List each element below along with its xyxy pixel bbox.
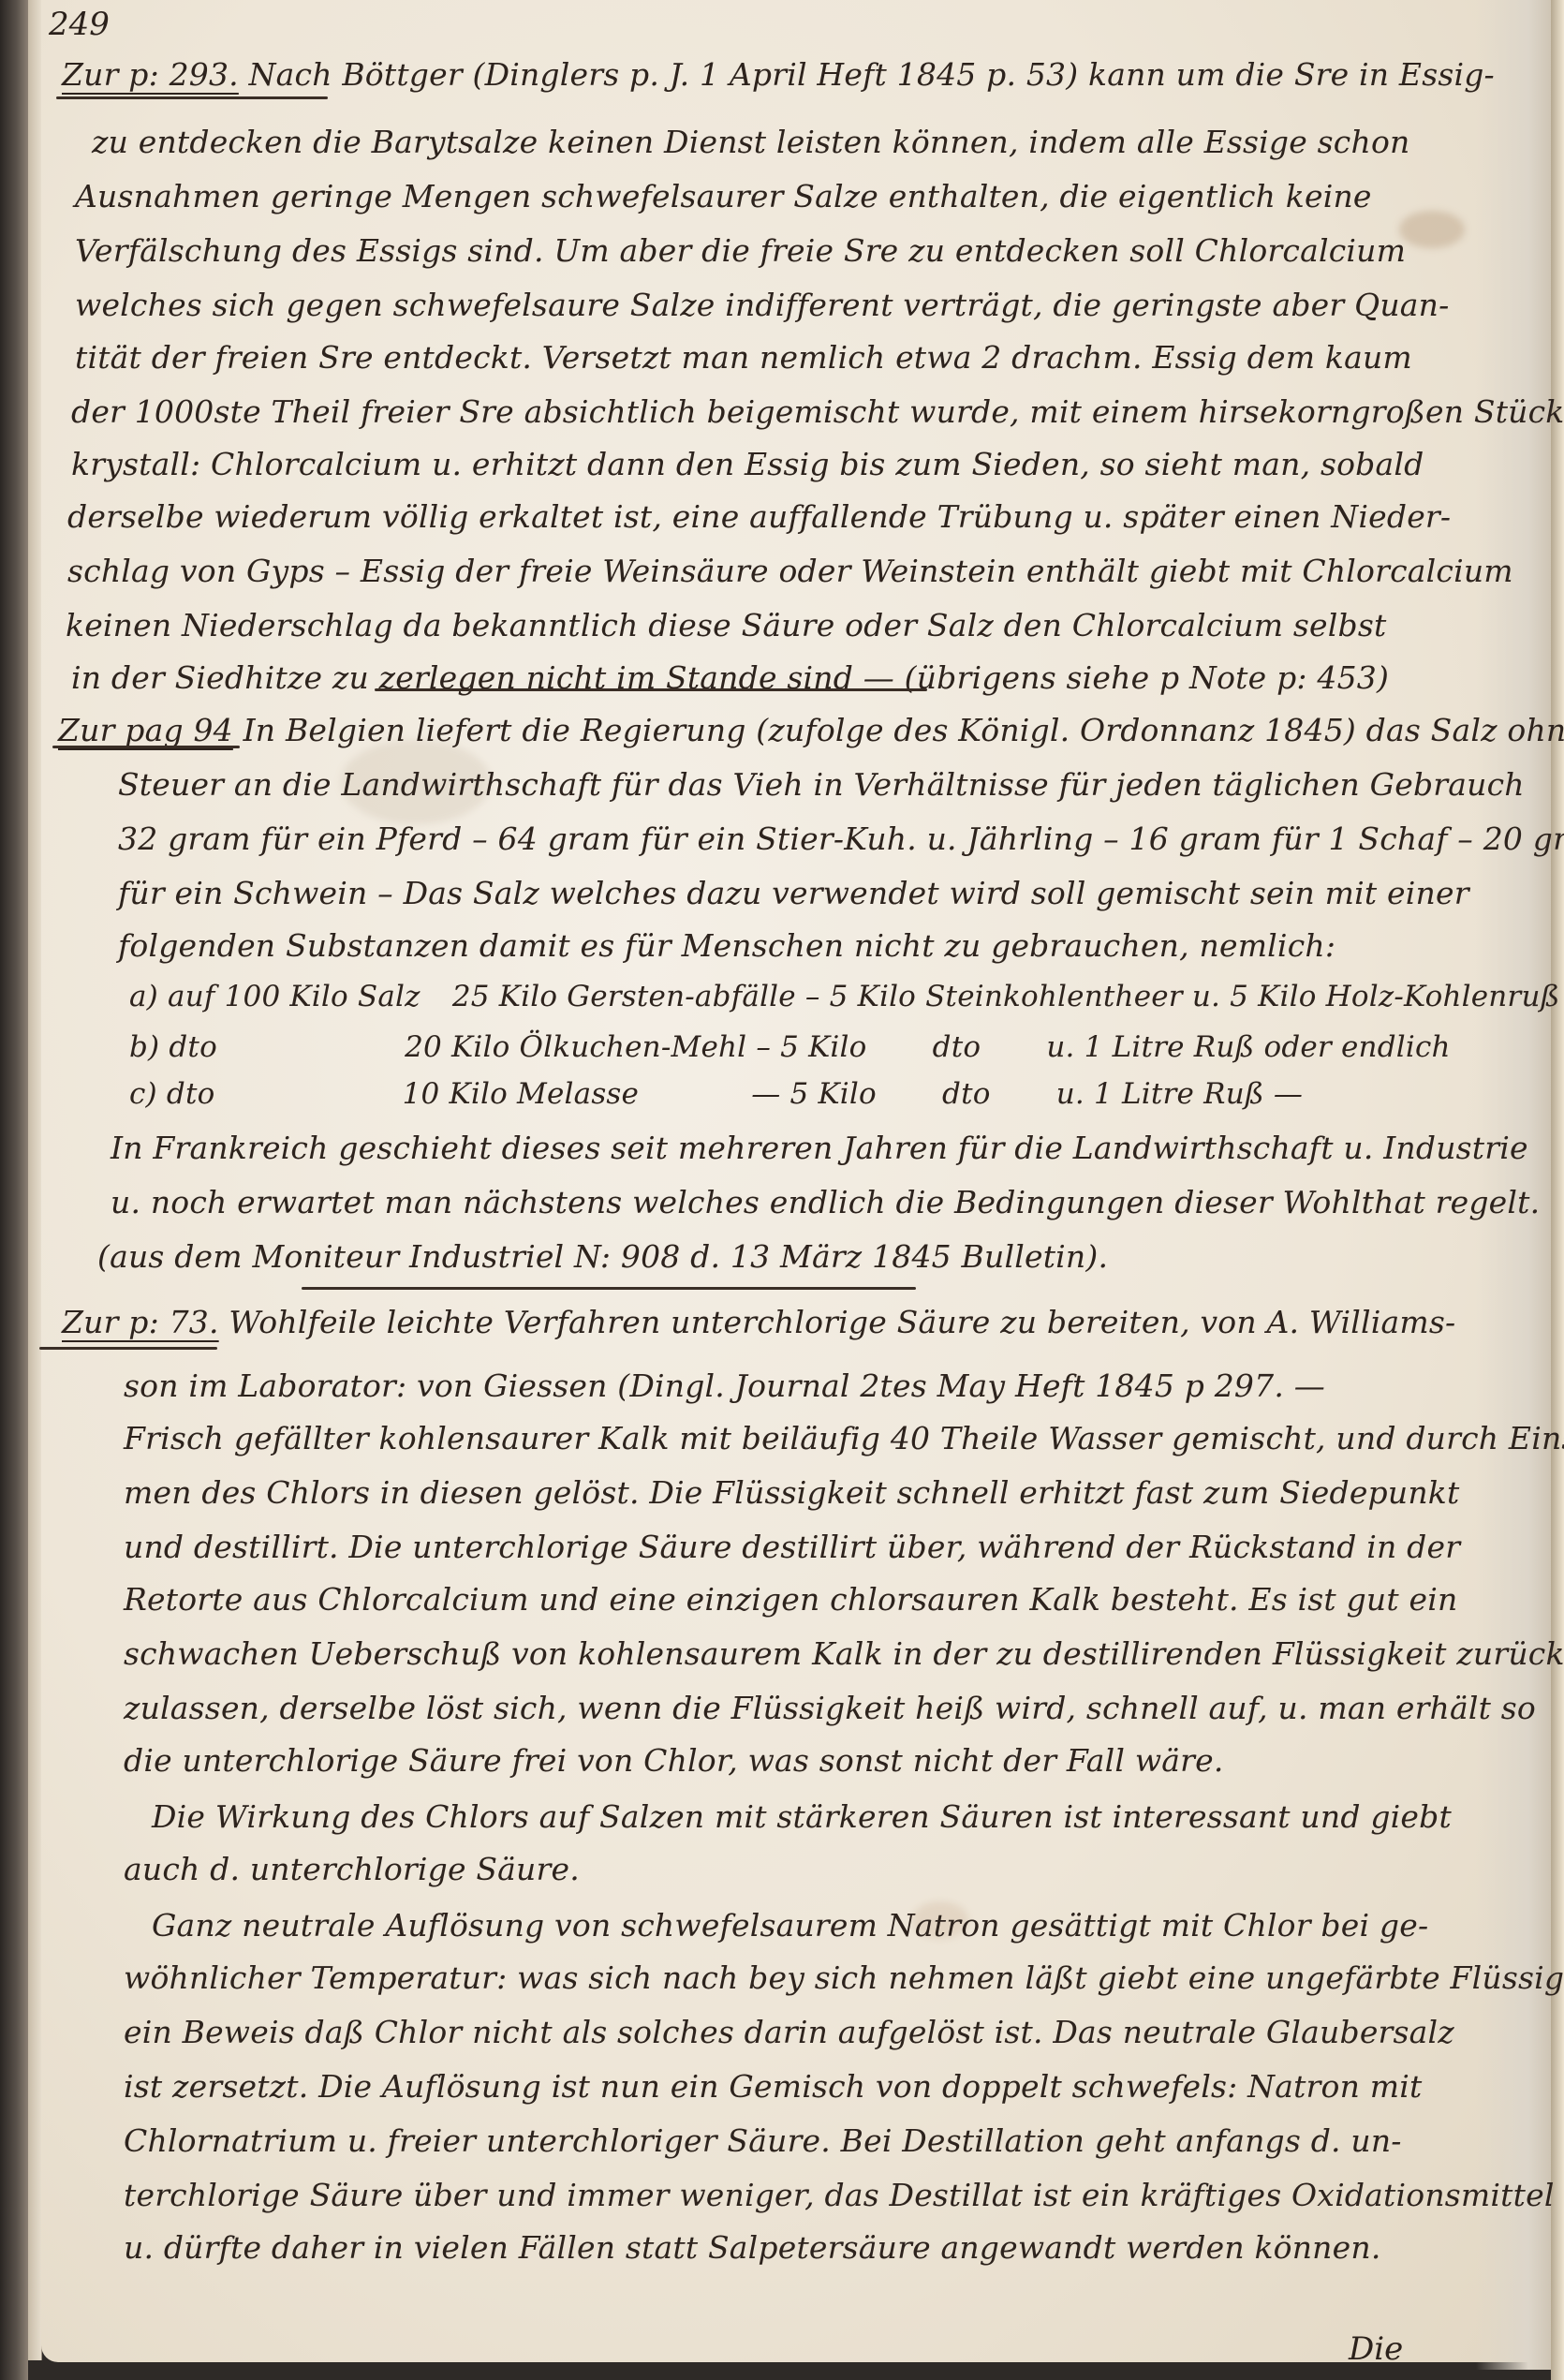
list-ingredient: Ölkuchen-Mehl [520, 1030, 747, 1064]
entry-line: Ausnahmen geringe Mengen schwefelsaurer … [75, 178, 1372, 214]
reference-underline [56, 96, 328, 99]
list-tail: u. 5 Kilo Holz-Kohlenruß – oder [1192, 980, 1564, 1013]
facing-page-edge [1551, 0, 1564, 2380]
paragraph-line: ein Beweis daß Chlor nicht als solches d… [124, 2014, 1454, 2050]
entry-line: tität der freien Sre entdeckt. Versetzt … [75, 339, 1412, 376]
list-label: a) auf 100 Kilo Salz [129, 980, 421, 1013]
list-extra: dto [933, 1030, 981, 1064]
list-amount: 25 Kilo [452, 980, 557, 1013]
list-amount: 10 Kilo [403, 1077, 508, 1111]
recipe-list-item-c: c) dto 10 Kilo Melasse — 5 Kilo dto u. 1… [129, 1077, 1303, 1111]
list-extra-amount: — 5 Kilo [751, 1077, 877, 1111]
ink-stain [1399, 211, 1465, 248]
paragraph-line: Ganz neutrale Auflösung von schwefelsaur… [152, 1907, 1428, 1944]
recipe-list-item-b: b) dto 20 Kilo Ölkuchen-Mehl – 5 Kilo dt… [129, 1030, 1451, 1064]
entry-line: u. noch erwartet man nächstens welches e… [111, 1184, 1540, 1220]
page-number: 249 [49, 6, 110, 43]
list-extra-amount: – 5 Kilo [756, 1030, 866, 1064]
entry-reference: Zur p: 73. [62, 1304, 219, 1340]
reference-underline [52, 746, 240, 748]
recipe-list-item-a: a) auf 100 Kilo Salz 25 Kilo Gersten-abf… [129, 980, 1564, 1013]
entry-line: schwachen Ueberschuß von kohlensaurem Ka… [124, 1635, 1564, 1672]
list-ingredient: Melasse [517, 1077, 639, 1111]
entry-line: Zur p: 73. Wohlfeile leichte Verfahren u… [62, 1304, 1455, 1340]
entry-line: welches sich gegen schwefelsaure Salze i… [75, 287, 1449, 323]
list-tail: u. 1 Litre Ruß oder endlich [1046, 1030, 1450, 1064]
entry-line: Zur pag 94 In Belgien liefert die Regier… [58, 712, 1564, 748]
entry-line: zu entdecken die Barytsalze keinen Diens… [92, 124, 1409, 160]
entry-line: derselbe wiederum völlig erkaltet ist, e… [67, 498, 1451, 535]
paragraph-line: Chlornatrium u. freier unterchloriger Sä… [124, 2122, 1402, 2159]
entry-line: krystall: Chlorcalcium u. erhitzt dann d… [71, 446, 1424, 482]
entry-line: für ein Schwein – Das Salz welches dazu … [118, 875, 1469, 911]
entry-line: schlag von Gyps – Essig der freie Weinsä… [67, 553, 1513, 589]
entry-line: In Frankreich geschieht dieses seit mehr… [111, 1130, 1528, 1166]
list-label: b) dto [129, 1030, 217, 1064]
entry-line: zulassen, derselbe löst sich, wenn die F… [124, 1690, 1536, 1726]
entry-line: die unterchlorige Säure frei von Chlor, … [124, 1742, 1224, 1779]
entry-line: Verfälschung des Essigs sind. Um aber di… [75, 232, 1406, 269]
entry-text: In Belgien liefert die Regierung (zufolg… [243, 712, 1564, 748]
entry-line: Retorte aus Chlorcalcium und eine einzig… [124, 1581, 1457, 1618]
entry-text: Nach Böttger (Dinglers p. J. 1 April Hef… [249, 56, 1495, 93]
list-extra: dto [942, 1077, 991, 1111]
entry-line: (aus dem Moniteur Industriel N: 908 d. 1… [97, 1238, 1108, 1275]
entry-line: Steuer an die Landwirthschaft für das Vi… [118, 766, 1525, 803]
paragraph-line: u. dürfte daher in vielen Fällen statt S… [124, 2229, 1381, 2266]
entry-line: Zur p: 293. Nach Böttger (Dinglers p. J.… [62, 56, 1495, 93]
list-label: c) dto [129, 1077, 214, 1111]
paragraph-line: auch d. unterchlorige Säure. [124, 1851, 580, 1887]
list-extra: Steinkohlentheer [925, 980, 1183, 1013]
entry-line: men des Chlors in diesen gelöst. Die Flü… [124, 1474, 1459, 1511]
reference-underline [39, 1347, 217, 1350]
entry-line: und destillirt. Die unterchlorige Säure … [124, 1529, 1460, 1565]
entry-line: Frisch gefällter kohlensaurer Kalk mit b… [124, 1420, 1564, 1456]
entry-separator [375, 688, 927, 691]
paragraph-line: terchlorige Säure über und immer weniger… [124, 2177, 1555, 2213]
paragraph-line: wöhnlicher Temperatur: was sich nach bey… [124, 1959, 1564, 1996]
entry-line: son im Laborator: von Giessen (Dingl. Jo… [124, 1367, 1325, 1404]
book-binding-left [0, 0, 28, 2380]
list-ingredient: Gersten-abfälle [567, 980, 796, 1013]
entry-reference: Zur pag 94 [58, 712, 233, 748]
entry-line: keinen Niederschlag da bekanntlich diese… [66, 607, 1386, 643]
page-edges-left [28, 0, 42, 2360]
paragraph-line: Die Wirkung des Chlors auf Salzen mit st… [152, 1798, 1452, 1835]
entry-line: folgenden Substanzen damit es für Mensch… [118, 927, 1335, 964]
paragraph-line: ist zersetzt. Die Auflösung ist nun ein … [124, 2068, 1422, 2105]
entry-reference: Zur p: 293. [62, 56, 239, 93]
list-extra-amount: – 5 Kilo [805, 980, 916, 1013]
entry-separator [302, 1287, 916, 1290]
entry-line: 32 gram für ein Pferd – 64 gram für ein … [118, 820, 1564, 857]
entry-text: Wohlfeile leichte Verfahren unterchlorig… [229, 1304, 1455, 1340]
entry-line: der 1000ste Theil freier Sre absichtlich… [71, 393, 1564, 430]
catchword: Die [1349, 2330, 1403, 2368]
list-tail: u. 1 Litre Ruß — [1056, 1077, 1303, 1111]
list-amount: 20 Kilo [405, 1030, 509, 1064]
